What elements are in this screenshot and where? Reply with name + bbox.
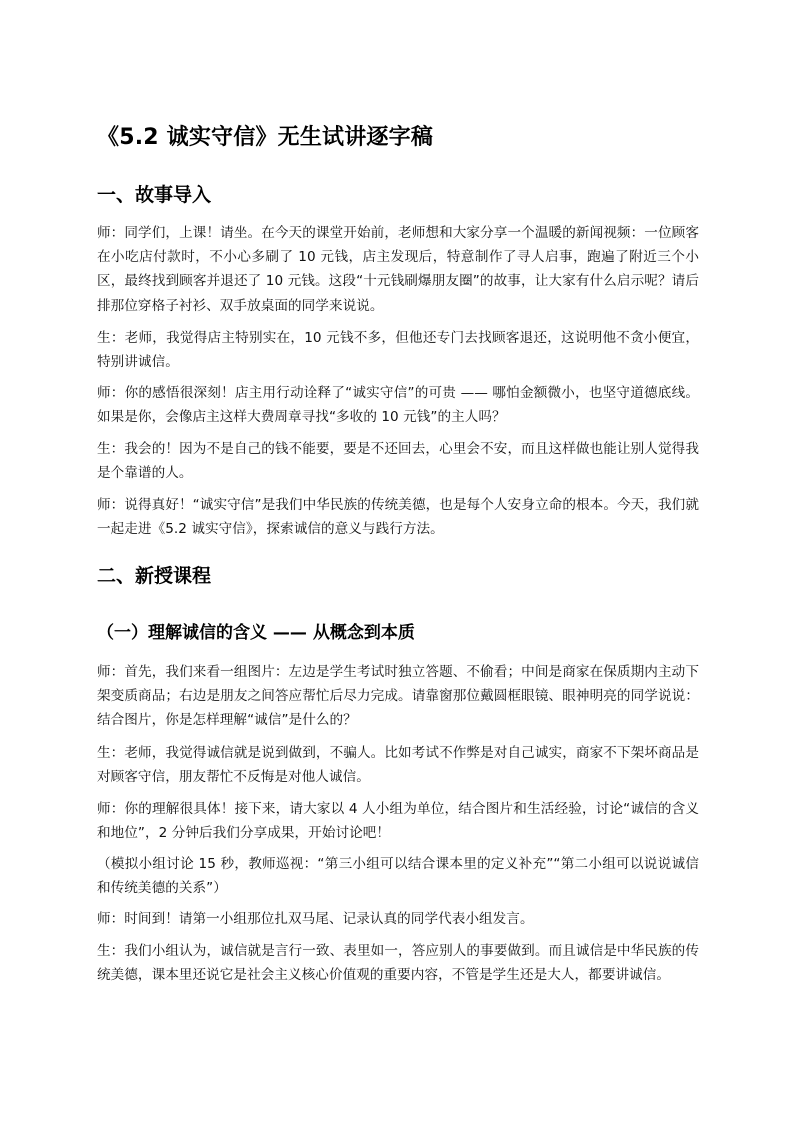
paragraph-discussion-note: （模拟小组讨论 15 秒，教师巡视：“第三小组可以结合课本里的定义补充”“第二小… [97, 852, 699, 900]
paragraph-teacher-intro: 师：同学们，上课！请坐。在今天的课堂开始前，老师想和大家分享一个温暖的新闻视频：… [97, 221, 699, 318]
paragraph-teacher-group-task: 师：你的理解很具体！接下来，请大家以 4 人小组为单位，结合图片和生活经验，讨论… [97, 797, 699, 845]
paragraph-student-reply-2: 生：我会的！因为不是自己的钱不能要，要是不还回去，心里会不安，而且这样做也能让别… [97, 437, 699, 485]
paragraph-student-understanding: 生：老师，我觉得诚信就是说到做到，不骗人。比如考试不作弊是对自己诚实，商家不下架… [97, 741, 699, 789]
paragraph-student-reply-1: 生：老师，我觉得店主特别实在，10 元钱不多，但他还专门去找顾客退还，这说明他不… [97, 326, 699, 374]
paragraph-teacher-time-up: 师：时间到！请第一小组那位扎双马尾、记录认真的同学代表小组发言。 [97, 907, 699, 931]
subsection-heading-meaning: （一）理解诚信的含义 —— 从概念到本质 [97, 620, 415, 646]
section-heading-story-intro: 一、故事导入 [97, 181, 211, 209]
paragraph-group-report: 生：我们小组认为，诚信就是言行一致、表里如一，答应别人的事要做到。而且诚信是中华… [97, 939, 699, 987]
paragraph-teacher-pictures: 师：首先，我们来看一组图片：左边是学生考试时独立答题、不偷看；中间是商家在保质期… [97, 660, 699, 733]
paragraph-teacher-reply-1: 师：你的感悟很深刻！店主用行动诠释了“诚实守信”的可贵 —— 哪怕金额微小，也坚… [97, 381, 699, 429]
document-title: 《5.2 诚实守信》无生试讲逐字稿 [97, 122, 717, 154]
paragraph-teacher-transition: 师：说得真好！“诚实守信”是我们中华民族的传统美德，也是每个人安身立命的根本。今… [97, 493, 699, 541]
section-heading-new-lesson: 二、新授课程 [97, 562, 211, 590]
